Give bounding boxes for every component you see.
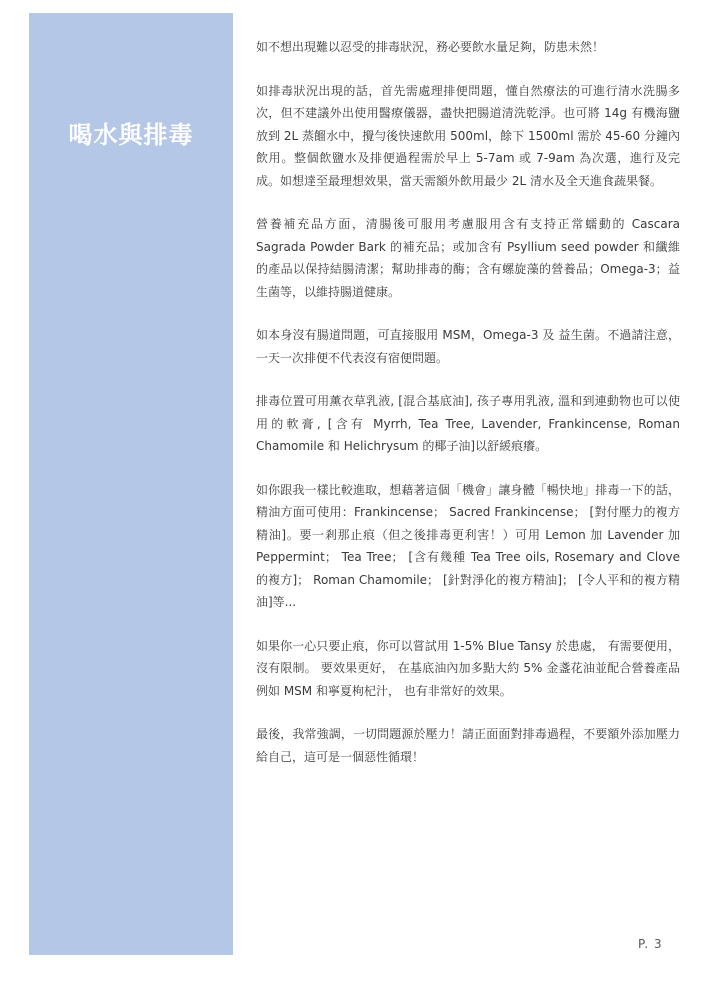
paragraph-intro: 如不想出現難以忍受的排毒狀況，務必要飲水量足夠，防患未然！ — [256, 36, 680, 59]
sidebar-panel: 喝水與排毒 — [29, 13, 233, 955]
section-title: 喝水與排毒 — [29, 115, 233, 155]
paragraph-essential-oils: 如你跟我一樣比較進取，想藉著這個「機會」讓身體「暢快地」排毒一下的話，精油方面可… — [256, 479, 680, 614]
page-number: P. 3 — [638, 937, 663, 951]
paragraph-stress: 最後，我常強調，一切問題源於壓力！請正面面對排毒過程，不要額外添加壓力給自己，這… — [256, 723, 680, 768]
paragraph-salt-water-flush: 如排毒狀況出現的話，首先需處理排便問題，懂自然療法的可進行清水洗腸多次，但不建議… — [256, 80, 680, 193]
body-content: 如不想出現難以忍受的排毒狀況，務必要飲水量足夠，防患未然！ 如排毒狀況出現的話，… — [256, 36, 680, 789]
paragraph-lotions: 排毒位置可用薰衣草乳液, [混合基底油], 孩子專用乳液, 溫和到連動物也可以使… — [256, 390, 680, 458]
paragraph-no-gut-issues: 如本身沒有腸道問題，可直接服用 MSM，Omega-3 及 益生菌。不過請注意，… — [256, 324, 680, 369]
paragraph-itch-relief: 如果你一心只要止痕，你可以嘗試用 1-5% Blue Tansy 於患處， 有需… — [256, 635, 680, 703]
paragraph-supplements: 營養補充品方面，清腸後可服用考慮服用含有支持正常蠕動的 Cascara Sagr… — [256, 213, 680, 303]
